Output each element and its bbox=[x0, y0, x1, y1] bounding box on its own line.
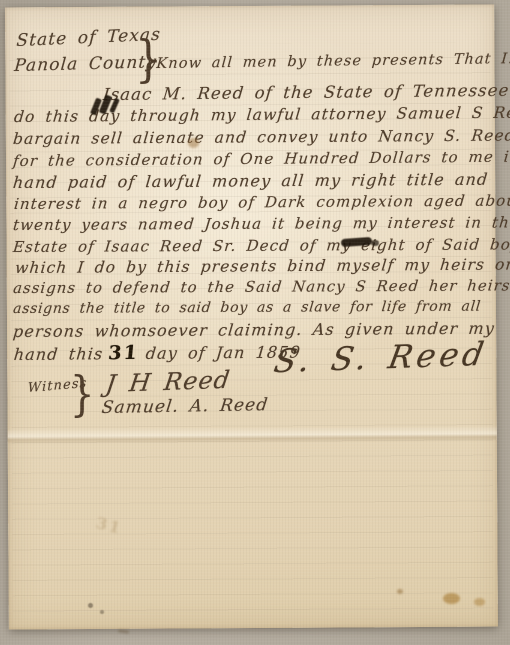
manuscript-line: Isaac M. Reed of the State of Tennessee bbox=[102, 81, 510, 104]
manuscript-line: bargain sell alienate and convey unto Na… bbox=[12, 126, 510, 148]
manuscript-text-layer: State of Texas Panola County } Know all … bbox=[0, 0, 510, 645]
opening-clause: Know all men by these presents That I. bbox=[156, 51, 510, 72]
witness-brace: } bbox=[70, 366, 94, 422]
paper-stain bbox=[118, 629, 129, 634]
paper-stain bbox=[443, 593, 460, 604]
paper-stain bbox=[474, 598, 485, 606]
date-prefix: hand this bbox=[13, 344, 104, 364]
manuscript-line: assigns the title to said boy as a slave… bbox=[12, 299, 481, 317]
paper-stain bbox=[100, 610, 104, 614]
manuscript-line: for the consideration of One Hundred Dol… bbox=[12, 148, 510, 170]
witness-signature: J H Reed bbox=[104, 366, 232, 398]
paper-stain bbox=[397, 589, 403, 594]
manuscript-line: assigns to defend to the Said Nancy S Re… bbox=[12, 277, 510, 297]
manuscript-line: do this day through my lawful attorney S… bbox=[13, 103, 510, 126]
signature-ss-reed: S. S. Reed bbox=[271, 335, 490, 381]
manuscript-line: Estate of Isaac Reed Sr. Decd of my eigh… bbox=[12, 235, 510, 256]
photo-backdrop: State of Texas Panola County } Know all … bbox=[0, 0, 510, 645]
date-day-bold: 31 bbox=[107, 342, 140, 364]
manuscript-line: which I do by this presents bind myself … bbox=[14, 256, 510, 277]
witness-signature: Samuel. A. Reed bbox=[101, 395, 270, 418]
manuscript-line: hand paid of lawful money all my right t… bbox=[12, 170, 489, 192]
date-line: hand this31day of Jan 1859 bbox=[13, 340, 302, 365]
manuscript-line: twenty years named Joshua it being my in… bbox=[12, 213, 510, 234]
paper-stain bbox=[88, 603, 93, 608]
manuscript-line: interest in a negro boy of Dark complexi… bbox=[13, 191, 510, 213]
paper-stain bbox=[188, 138, 199, 148]
ink-blot bbox=[371, 240, 379, 246]
ink-bleed-through: 31 bbox=[94, 513, 124, 538]
